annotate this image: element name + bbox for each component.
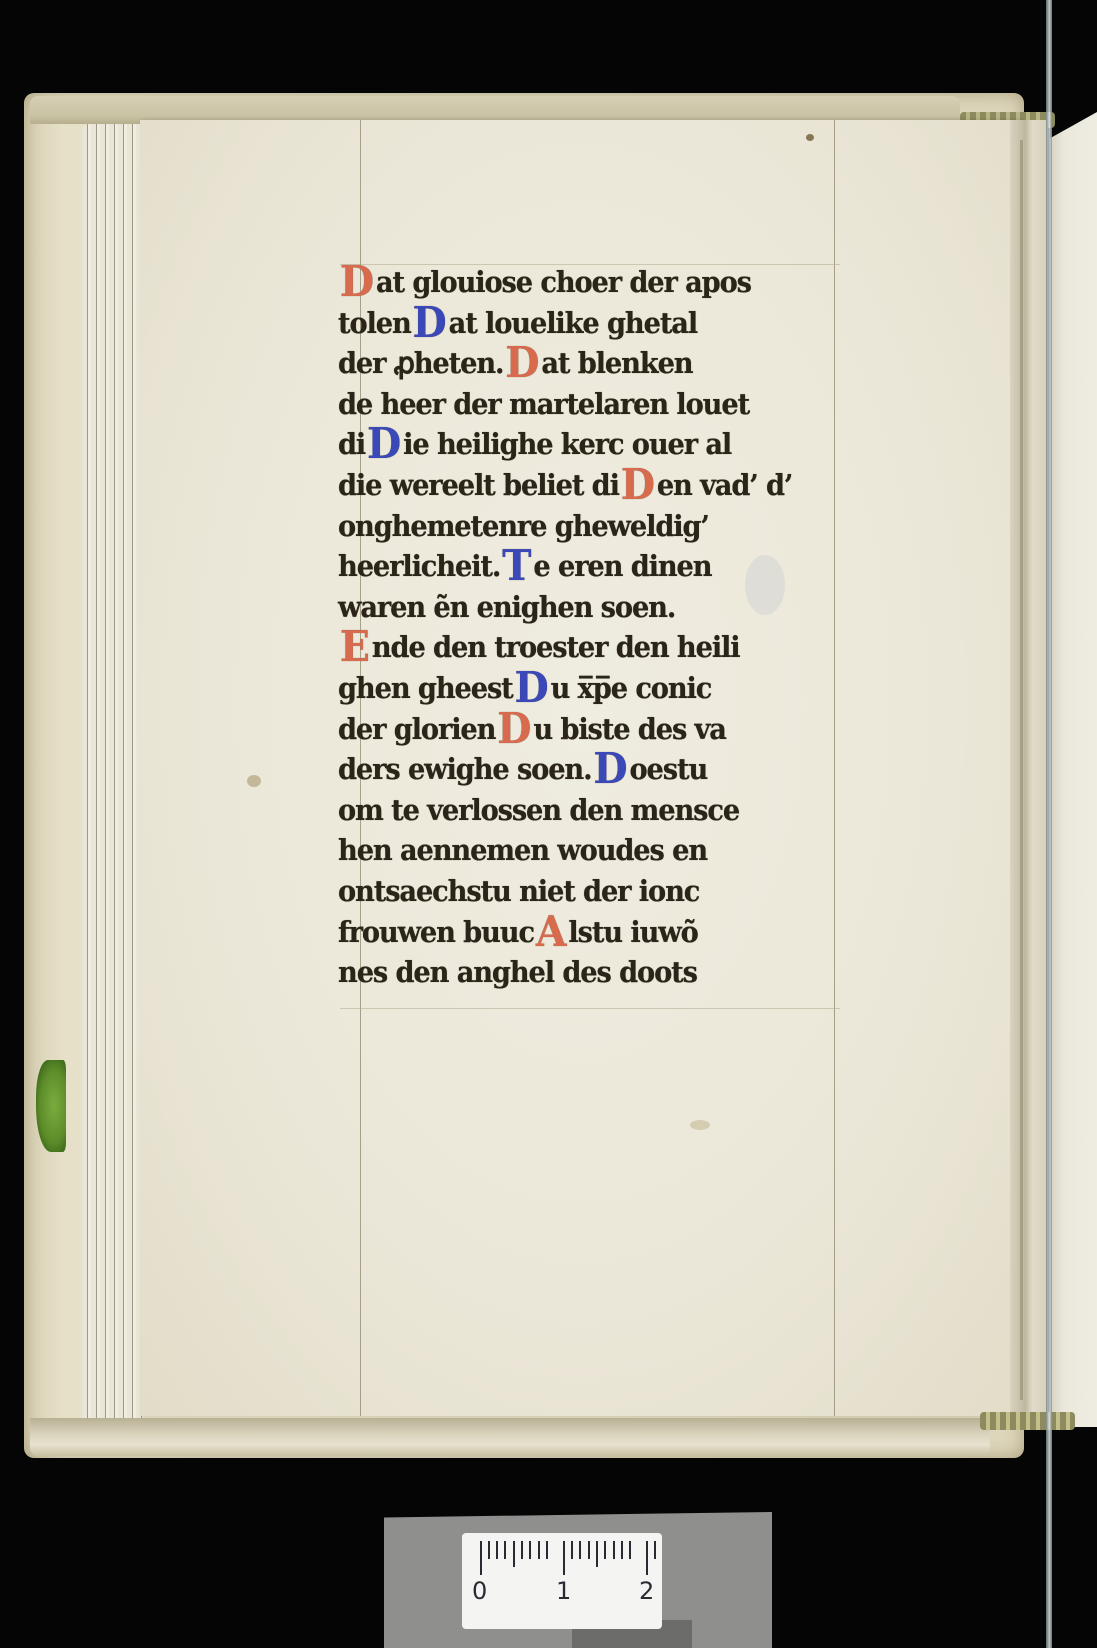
text-line: onghemetenre gheweldig’ bbox=[338, 506, 846, 547]
gutter-crease bbox=[1020, 140, 1023, 1400]
initial-red: D bbox=[619, 467, 657, 503]
text-line: ghen gheestDu x̅p̅e conic bbox=[338, 668, 846, 709]
text-line: ders ewighe soen.Doestu bbox=[338, 749, 846, 790]
ruler-label-2: 2 bbox=[639, 1577, 654, 1605]
initial-blue: D bbox=[411, 305, 449, 341]
text-line: heerlicheit.Te eren dinen bbox=[338, 546, 846, 587]
text-column: Dat glouiose choer der apos tolenDat lou… bbox=[338, 262, 878, 993]
text-line: de heer der martelaren louet bbox=[338, 384, 846, 425]
stain-mark bbox=[806, 134, 814, 141]
text-line: om te verlossen den mensce bbox=[338, 790, 846, 831]
text-line: Ende den troester den heili bbox=[338, 627, 846, 668]
text-line: nes den anghel des doots bbox=[338, 952, 846, 993]
text-line: diDie heilighe kerc ouer al bbox=[338, 424, 846, 465]
gutter bbox=[1010, 120, 1048, 1420]
cover-bottom-turn-in bbox=[30, 1418, 990, 1456]
initial-red: A bbox=[534, 914, 568, 950]
text-line: frouwen buucAlstu iuwõ bbox=[338, 912, 846, 953]
text-line: tolenDat louelike ghetal bbox=[338, 303, 846, 344]
initial-red: D bbox=[495, 711, 533, 747]
stain-mark bbox=[690, 1120, 710, 1130]
text-line: hen aennemen woudes en bbox=[338, 830, 846, 871]
scale-ruler: 0 1 2 bbox=[462, 1533, 662, 1629]
initial-blue: D bbox=[591, 751, 629, 787]
text-line: Dat glouiose choer der apos bbox=[338, 262, 846, 303]
green-moss-debris bbox=[36, 1060, 66, 1152]
initial-red: D bbox=[503, 345, 541, 381]
text-line: der glorienDu biste des va bbox=[338, 709, 846, 750]
stain-mark bbox=[247, 775, 261, 787]
initial-red: D bbox=[338, 264, 376, 300]
headband-bottom bbox=[980, 1412, 1075, 1430]
initial-red: E bbox=[338, 629, 372, 665]
ruler-label-0: 0 bbox=[472, 1577, 487, 1605]
facing-page-edge bbox=[1050, 112, 1097, 1427]
text-line: waren ẽn enighen soen. bbox=[338, 587, 846, 628]
text-line: ontsaechstu niet der ionc bbox=[338, 871, 846, 912]
text-line: der ꝓheten.Dat blenken bbox=[338, 343, 846, 384]
ruler-label-1: 1 bbox=[556, 1577, 571, 1605]
initial-blue: D bbox=[513, 670, 551, 706]
glass-page-holder-rod bbox=[1046, 0, 1052, 1648]
text-line: die wereelt beliet diDen vad’ d’ bbox=[338, 465, 846, 506]
initial-blue: T bbox=[500, 548, 533, 584]
ruling-line-bottom bbox=[340, 1008, 840, 1009]
initial-blue: D bbox=[365, 426, 403, 462]
page-edges-stack bbox=[82, 124, 142, 1426]
